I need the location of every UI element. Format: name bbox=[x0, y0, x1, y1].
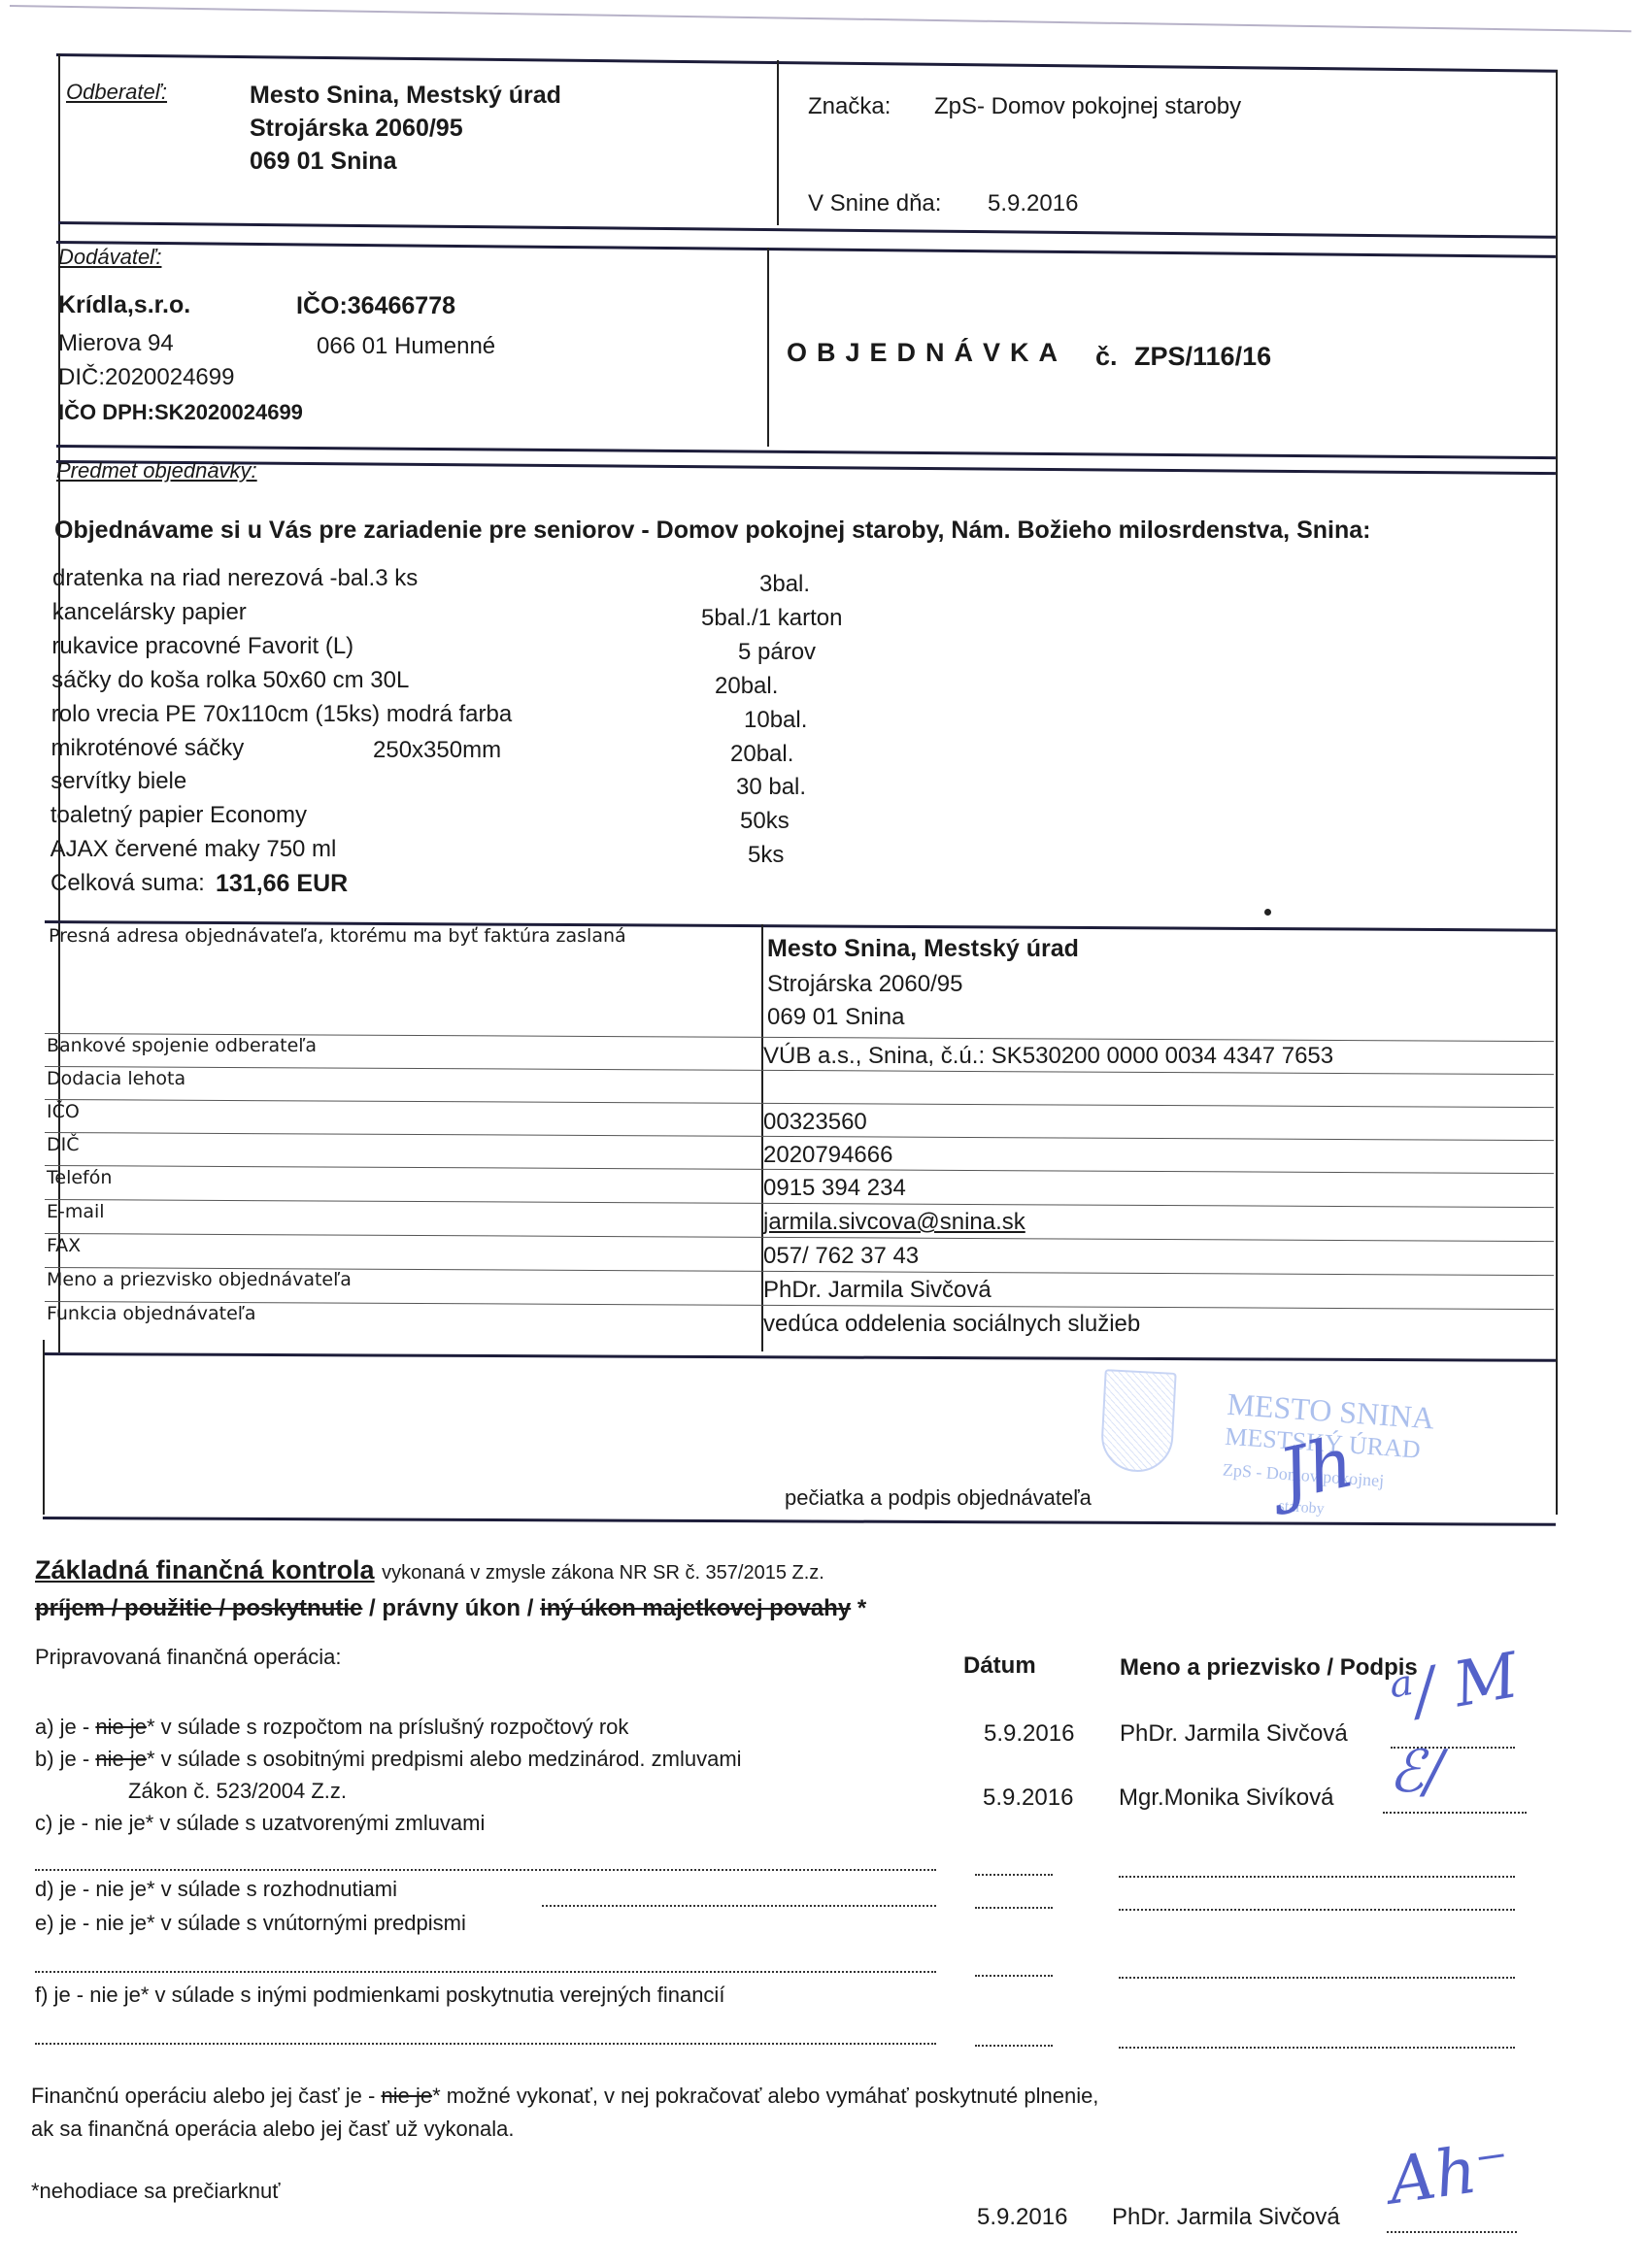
date-label: V Snine dňa: bbox=[808, 190, 941, 217]
signature: ℰ/ bbox=[1389, 1738, 1444, 1806]
odberatel-label: Odberateľ: bbox=[66, 80, 167, 105]
dotted-line bbox=[35, 1869, 936, 1871]
column-date: Dátum bbox=[963, 1652, 1036, 1680]
znacka-value: ZpS- Domov pokojnej staroby bbox=[934, 93, 1241, 120]
sign1-name: PhDr. Jarmila Sivčová bbox=[1120, 1720, 1348, 1748]
check-text: * v súlade s rozpočtom na príslušný rozp… bbox=[147, 1715, 628, 1739]
table-border bbox=[56, 241, 1556, 258]
supplier-city: 066 01 Humenné bbox=[317, 333, 495, 360]
predmet-label: Predmet objednávky: bbox=[56, 458, 257, 484]
divider bbox=[767, 248, 769, 447]
dotted-line bbox=[35, 1971, 936, 1973]
detail-value: VÚB a.s., Snina, č.ú.: SK530200 0000 003… bbox=[763, 1043, 1333, 1070]
address-name: Mesto Snina, Mestský úrad bbox=[767, 935, 1079, 963]
column-name: Meno a priezvisko / Podpis bbox=[1120, 1654, 1418, 1682]
detail-label: Bankové spojenie odberateľa bbox=[47, 1035, 317, 1056]
row-divider bbox=[45, 1099, 1554, 1108]
sign2-name: Mgr.Monika Sivíková bbox=[1119, 1784, 1333, 1812]
check-b-law: Zákon č. 523/2004 Z.z. bbox=[128, 1779, 347, 1804]
signature-line bbox=[1383, 1812, 1527, 1814]
item-name: kancelársky papier bbox=[52, 599, 247, 626]
supplier-name: Krídla,s.r.o. bbox=[58, 291, 190, 319]
check-c: c) je - nie je* v súlade s uzatvorenými … bbox=[35, 1811, 485, 1836]
detail-label: IČO bbox=[47, 1101, 80, 1122]
table-border-right bbox=[1556, 70, 1558, 1366]
order-number-prefix: č. bbox=[1095, 342, 1118, 372]
operation-type-kept: / právny úkon / bbox=[362, 1595, 540, 1621]
address-label: Presná adresa objednávateľa, ktorému ma … bbox=[49, 925, 626, 947]
table-border bbox=[56, 53, 1558, 73]
sign1-date: 5.9.2016 bbox=[984, 1720, 1074, 1748]
table-border bbox=[56, 460, 1556, 475]
dotted-line bbox=[975, 1874, 1053, 1876]
check-e: e) je - nie je* v súlade s vnútornými pr… bbox=[35, 1911, 466, 1936]
final-text: * možné vykonať, v nej pokračovať alebo … bbox=[432, 2084, 1098, 2108]
detail-label: Funkcia objednávateľa bbox=[47, 1303, 256, 1324]
final-statement: Finančnú operáciu alebo jej časť je - ni… bbox=[31, 2084, 1098, 2109]
dotted-line bbox=[1119, 1876, 1515, 1878]
item-name: sáčky do koša rolka 50x60 cm 30L bbox=[51, 667, 409, 694]
item-quantity: 20bal. bbox=[730, 741, 793, 768]
item-name: servítky biele bbox=[50, 768, 186, 795]
detail-value: vedúca oddelenia sociálnych služieb bbox=[763, 1311, 1140, 1338]
operation-label: Pripravovaná finančná operácia: bbox=[35, 1645, 342, 1670]
date-value: 5.9.2016 bbox=[988, 190, 1078, 217]
dotted-line bbox=[542, 1905, 936, 1907]
sign3-name: PhDr. Jarmila Sivčová bbox=[1112, 2204, 1340, 2231]
sign3-date: 5.9.2016 bbox=[977, 2204, 1067, 2231]
signature-line bbox=[1387, 2231, 1517, 2233]
check-prefix: b) je - bbox=[35, 1747, 95, 1771]
odberatel-city: 069 01 Snina bbox=[250, 148, 396, 176]
dotted-line bbox=[35, 2043, 936, 2045]
detail-label: Meno a priezvisko objednávateľa bbox=[47, 1269, 352, 1290]
struck-text: príjem / použitie / poskytnutie bbox=[35, 1595, 362, 1621]
coat-of-arms-stamp bbox=[1099, 1369, 1176, 1474]
item-quantity: 50ks bbox=[740, 808, 790, 835]
struck-text: nie je bbox=[381, 2084, 432, 2108]
table-border-right bbox=[1556, 1350, 1558, 1515]
dotted-line bbox=[975, 1907, 1053, 1909]
final-text: Finančnú operáciu alebo jej časť je - bbox=[31, 2084, 381, 2108]
address-street: Strojárska 2060/95 bbox=[767, 971, 962, 998]
odberatel-street: Strojárska 2060/95 bbox=[250, 115, 463, 143]
item-quantity: 5bal./1 karton bbox=[701, 605, 842, 632]
check-prefix: a) je - bbox=[35, 1715, 95, 1739]
signature: Ah⁻ bbox=[1384, 2128, 1515, 2219]
item-name: dratenka na riad nerezová -bal.3 ks bbox=[52, 565, 418, 592]
scan-edge-line bbox=[10, 5, 1631, 32]
odberatel-name: Mesto Snina, Mestský úrad bbox=[250, 82, 561, 110]
detail-value: 2020794666 bbox=[763, 1142, 892, 1169]
check-b: b) je - nie je* v súlade s osobitnými pr… bbox=[35, 1747, 742, 1772]
operation-type: príjem / použitie / poskytnutie / právny… bbox=[35, 1595, 866, 1622]
item-quantity: 10bal. bbox=[744, 707, 807, 734]
control-heading: Základná finančná kontrola vykonaná v zm… bbox=[35, 1555, 824, 1585]
item-quantity: 3bal. bbox=[759, 571, 810, 598]
asterisk: * bbox=[851, 1595, 866, 1621]
total-value: 131,66 EUR bbox=[216, 870, 348, 898]
item-name: rukavice pracovné Favorit (L) bbox=[51, 633, 353, 660]
check-a: a) je - nie je* v súlade s rozpočtom na … bbox=[35, 1715, 628, 1740]
item-name: toaletný papier Economy bbox=[50, 802, 307, 829]
address-city: 069 01 Snina bbox=[767, 1004, 904, 1031]
item-name: AJAX červené maky 750 ml bbox=[50, 836, 337, 863]
detail-label: Telefón bbox=[47, 1167, 112, 1188]
detail-value: PhDr. Jarmila Sivčová bbox=[763, 1277, 992, 1304]
order-title: OBJEDNÁVKA bbox=[787, 338, 1067, 368]
total-label: Celková suma: bbox=[50, 870, 205, 897]
dotted-line bbox=[975, 2045, 1053, 2047]
struck-text: nie je bbox=[95, 1747, 147, 1771]
detail-label: DIČ bbox=[47, 1134, 80, 1155]
dotted-line bbox=[1119, 1977, 1515, 1979]
struck-text: nie je bbox=[95, 1715, 147, 1739]
item-quantity: 20bal. bbox=[715, 673, 778, 700]
table-border bbox=[43, 1352, 1556, 1362]
struck-text: iný úkon majetkovej povahy bbox=[540, 1595, 851, 1621]
item-size: 250x350mm bbox=[373, 737, 501, 764]
item-name: rolo vrecia PE 70x110cm (15ks) modrá far… bbox=[51, 701, 512, 728]
detail-label: E-mail bbox=[47, 1201, 105, 1222]
ink-dot bbox=[1264, 909, 1271, 916]
item-quantity: 5ks bbox=[748, 842, 784, 869]
final-statement-line2: ak sa finančná operácia alebo jej časť u… bbox=[31, 2117, 514, 2142]
order-intro: Objednávame si u Vás pre zariadenie pre … bbox=[54, 517, 1370, 545]
supplier-ic-dph: IČO DPH:SK2020024699 bbox=[58, 400, 303, 425]
item-quantity: 5 párov bbox=[738, 639, 816, 666]
dotted-line bbox=[1119, 1909, 1515, 1911]
detail-value: 057/ 762 37 43 bbox=[763, 1243, 919, 1270]
dotted-line bbox=[975, 1975, 1053, 1977]
sign2-date: 5.9.2016 bbox=[983, 1784, 1073, 1812]
check-d: d) je - nie je* v súlade s rozhodnutiami bbox=[35, 1877, 397, 1902]
table-border bbox=[58, 221, 1556, 239]
order-number: ZPS/116/16 bbox=[1134, 342, 1271, 372]
detail-label: FAX bbox=[47, 1235, 81, 1256]
item-quantity: 30 bal. bbox=[736, 774, 806, 801]
email-link[interactable]: jarmila.sivcova@snina.sk bbox=[763, 1209, 1025, 1236]
footnote: *nehodiace sa prečiarknuť bbox=[31, 2179, 281, 2204]
item-name: mikroténové sáčky bbox=[51, 735, 245, 762]
supplier-ico: IČO:36466778 bbox=[296, 292, 455, 320]
stamp-label: pečiatka a podpis objednávateľa bbox=[785, 1485, 1092, 1511]
control-title: Základná finančná kontrola bbox=[35, 1555, 375, 1584]
znacka-label: Značka: bbox=[808, 93, 891, 120]
dodavatel-label: Dodávateľ: bbox=[58, 245, 161, 270]
dotted-line bbox=[1119, 2047, 1515, 2049]
supplier-dic: DIČ:2020024699 bbox=[58, 364, 234, 391]
detail-label: Dodacia lehota bbox=[47, 1068, 185, 1089]
detail-value: 00323560 bbox=[763, 1109, 867, 1136]
table-border bbox=[56, 445, 1556, 459]
check-text: * v súlade s osobitnými predpismi alebo … bbox=[147, 1747, 742, 1771]
divider bbox=[777, 60, 779, 225]
control-title-rest: vykonaná v zmysle zákona NR SR č. 357/20… bbox=[382, 1562, 824, 1584]
supplier-street: Mierova 94 bbox=[58, 330, 174, 357]
detail-value: 0915 394 234 bbox=[763, 1175, 906, 1202]
table-border-left bbox=[43, 1340, 45, 1515]
check-f: f) je - nie je* v súlade s inými podmien… bbox=[35, 1983, 724, 2008]
